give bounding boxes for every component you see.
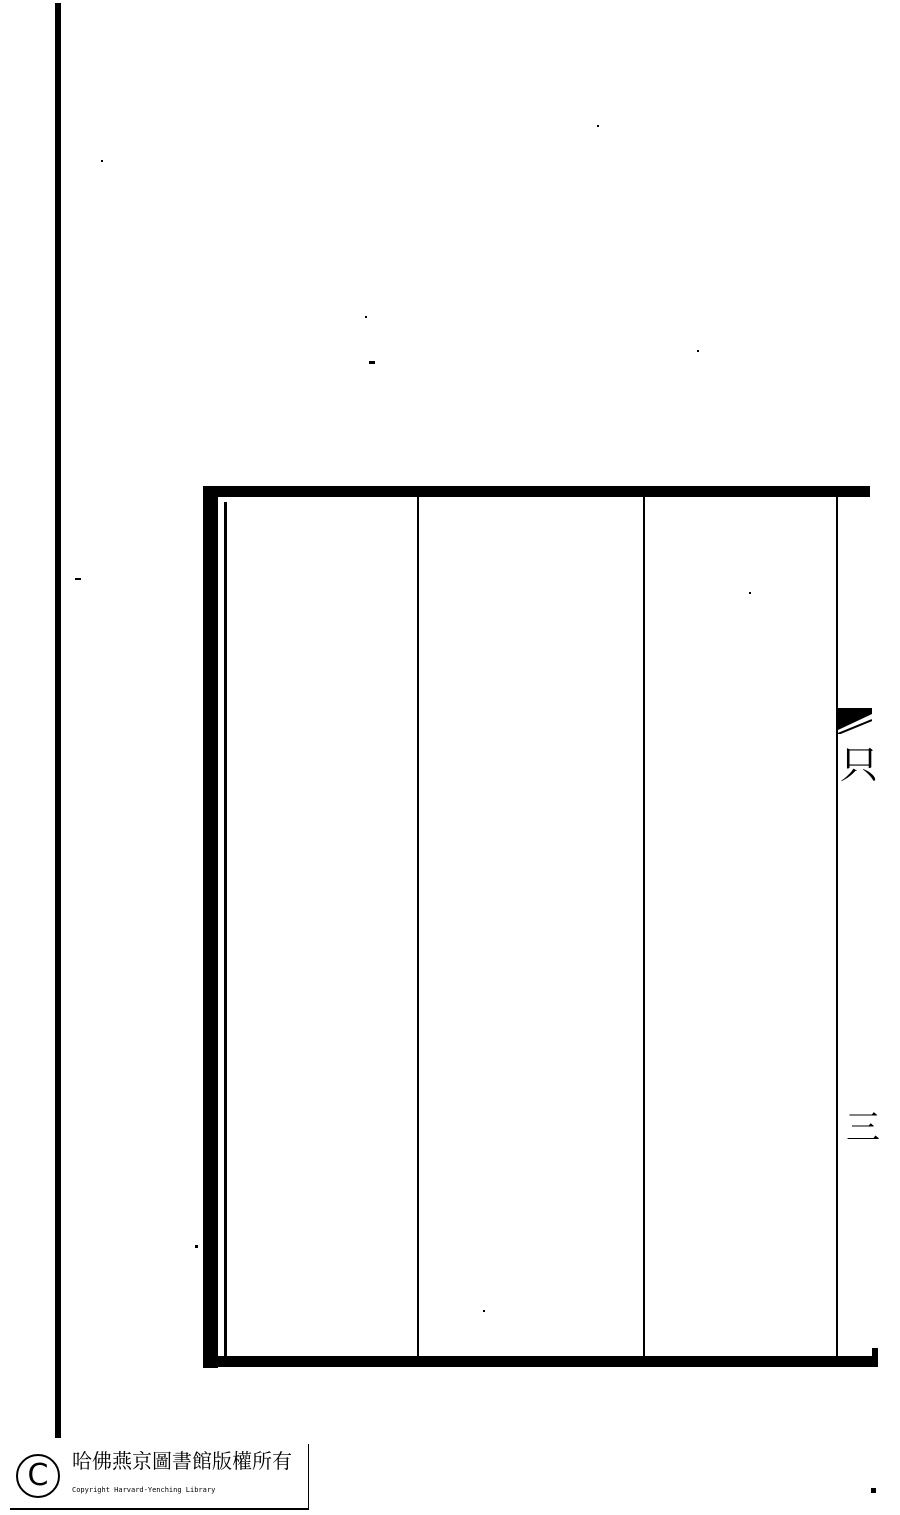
frame-right-corner <box>872 1348 878 1367</box>
speck <box>365 316 367 318</box>
speck <box>483 1310 485 1312</box>
frame-inner-left-line <box>224 502 227 1356</box>
frame-top-border <box>203 486 870 497</box>
speck <box>871 1488 876 1493</box>
fishtail-mark-icon <box>838 708 872 734</box>
speck <box>597 125 599 127</box>
frame-bottom-border <box>203 1356 878 1367</box>
speck <box>101 160 103 162</box>
column-divider <box>643 497 645 1357</box>
speck <box>195 1245 198 1248</box>
speck <box>697 350 699 352</box>
frame-left-border <box>203 486 218 1368</box>
copyright-notice: C 哈佛燕京圖書館版權所有 Copyright Harvard-Yenching… <box>10 1444 309 1510</box>
book-spine-line <box>55 3 61 1438</box>
center-column-divider <box>836 497 838 1357</box>
copyright-chinese-text: 哈佛燕京圖書館版權所有 <box>72 1448 292 1474</box>
speck <box>75 578 81 580</box>
copyright-icon: C <box>16 1454 60 1498</box>
centerfold-character: 只 <box>840 745 878 785</box>
copyright-english-text: Copyright Harvard-Yenching Library <box>72 1485 215 1495</box>
column-divider <box>417 497 419 1357</box>
speck <box>749 592 751 594</box>
speck <box>369 361 375 364</box>
page-number: 三 <box>846 1110 880 1146</box>
